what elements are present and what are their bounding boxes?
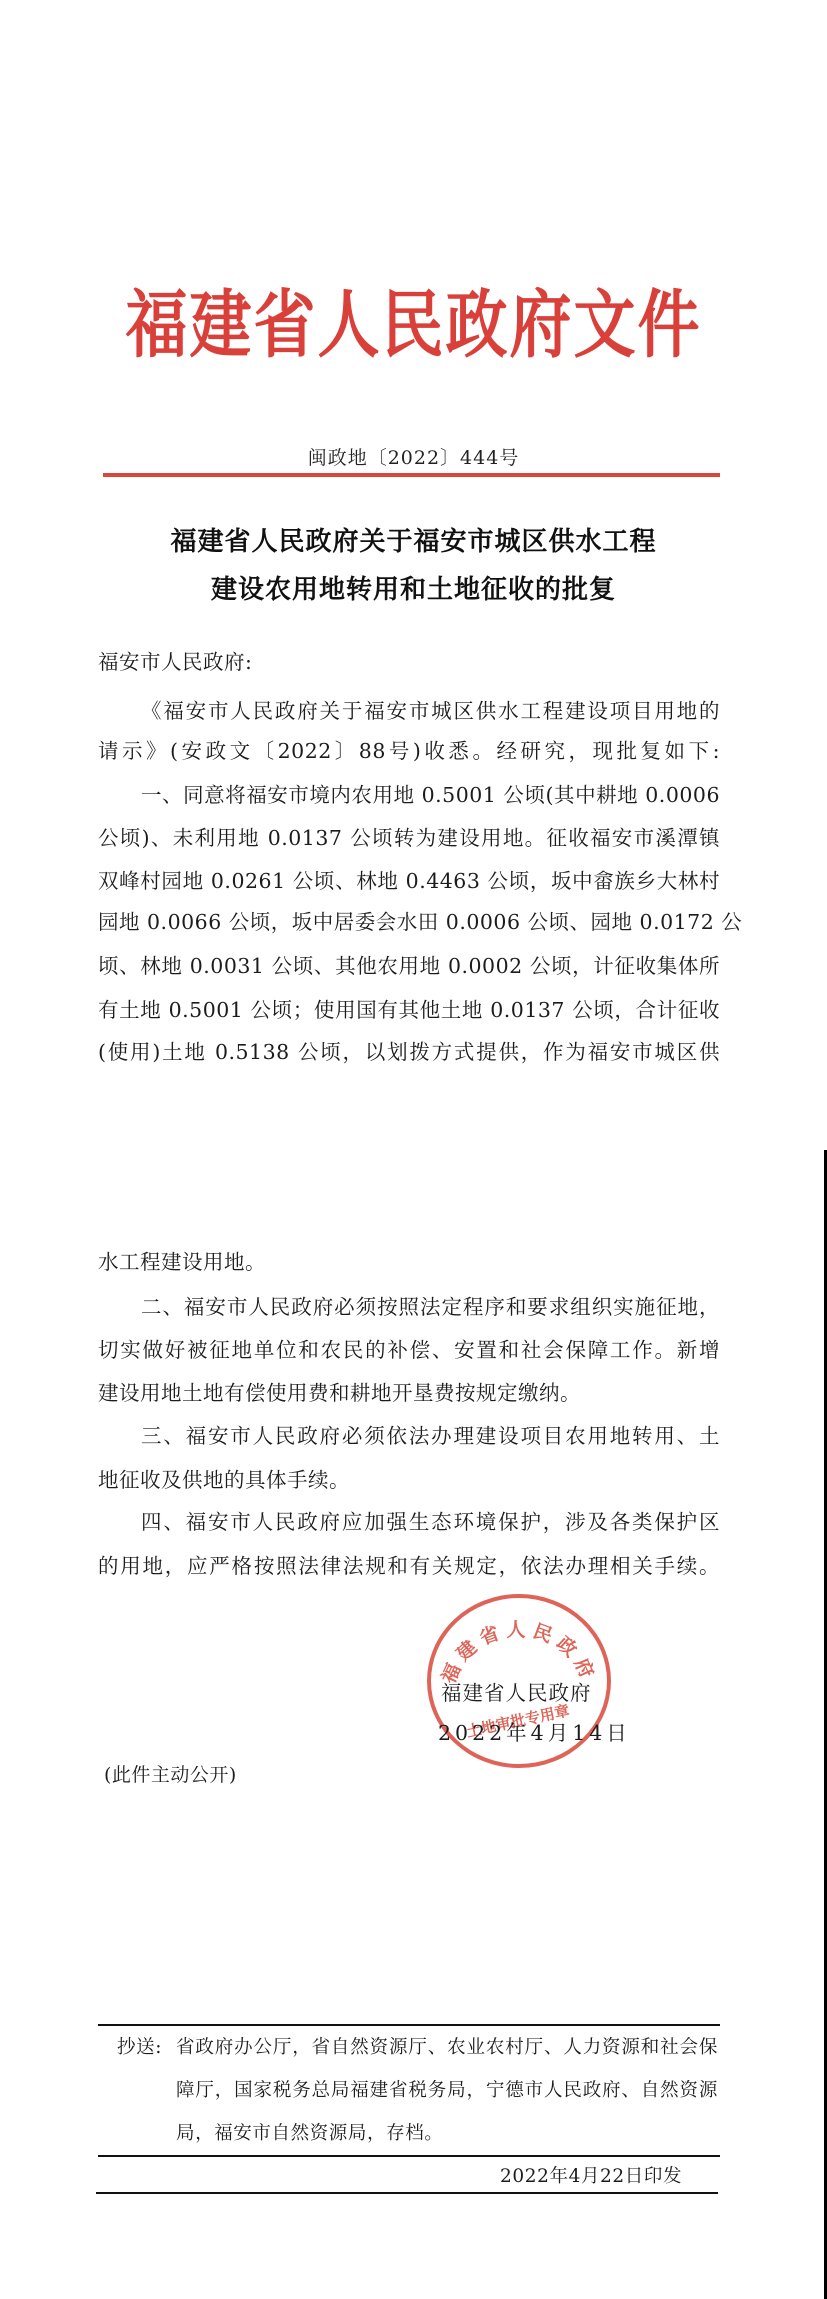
body-line: 切实做好被征地单位和农民的补偿、安置和社会保障工作。新增 [98, 1335, 720, 1365]
body-line: 水工程建设用地。 [98, 1247, 720, 1277]
body-line: 园地 0.0066 公顷，坂中居委会水田 0.0006 公顷、园地 0.0172… [98, 907, 720, 937]
body-line: 地征收及供地的具体手续。 [98, 1465, 720, 1495]
footer-middle-rule [98, 2155, 720, 2157]
body-line: 建设用地土地有偿使用费和耕地开垦费按规定缴纳。 [98, 1378, 720, 1408]
document-number: 闽政地〔2022〕444号 [0, 445, 827, 471]
body-line: 双峰村园地 0.0261 公顷、林地 0.4463 公顷，坂中畲族乡大林村 [98, 866, 720, 896]
cc-label: 抄送: [117, 2034, 162, 2062]
signing-authority: 福建省人民政府 [441, 1678, 592, 1708]
svg-text:福建省人民政府: 福建省人民政府 [438, 1619, 601, 1687]
signing-date: 2022年4月14日 [438, 1718, 631, 1748]
body-line: 《福安市人民政府关于福安市城区供水工程建设项目用地的 [141, 696, 720, 726]
cc-recipients-line: 省政府办公厅，省自然资源厅、农业农村厅、人力资源和社会保 [176, 2034, 718, 2062]
print-date: 2022年4月22日印发 [500, 2163, 682, 2191]
body-line: 一、同意将福安市境内农用地 0.5001 公顷(其中耕地 0.0006 [141, 780, 720, 810]
body-line: 顷、林地 0.0031 公顷、其他农用地 0.0002 公顷，计征收集体所 [98, 951, 720, 981]
seal-outer-text: 福建省人民政府 [438, 1619, 601, 1687]
disclosure-note: (此件主动公开) [104, 1760, 726, 1790]
cc-recipients-line: 局，福安市自然资源局，存档。 [176, 2120, 443, 2148]
body-line: 请示》(安政文〔2022〕88号)收悉。经研究，现批复如下: [98, 736, 720, 766]
body-line: 公顷)、未利用地 0.0137 公顷转为建设用地。征收福安市溪潭镇 [98, 823, 720, 853]
body-line: 四、福安市人民政府应加强生态环境保护，涉及各类保护区 [141, 1507, 720, 1537]
document-title-line-2: 建设农用地转用和土地征收的批复 [0, 573, 827, 607]
red-divider [103, 473, 720, 477]
body-line: 二、福安市人民政府必须按照法定程序和要求组织实施征地， [141, 1292, 720, 1322]
issuer-masthead: 福建省人民政府文件 [0, 272, 827, 378]
document-title-line-1: 福建省人民政府关于福安市城区供水工程 [0, 525, 827, 559]
body-line: 有土地 0.5001 公顷；使用国有其他土地 0.0137 公顷，合计征收 [98, 995, 720, 1025]
salutation: 福安市人民政府: [98, 647, 720, 677]
body-line: (使用)土地 0.5138 公顷，以划拨方式提供，作为福安市城区供 [98, 1037, 720, 1067]
body-line: 三、福安市人民政府必须依法办理建设项目农用地转用、土 [141, 1421, 720, 1451]
footer-top-rule [98, 2024, 720, 2026]
cc-recipients-line: 障厅，国家税务总局福建省税务局，宁德市人民政府、自然资源 [176, 2077, 718, 2105]
body-line: 的用地，应严格按照法律法规和有关规定，依法办理相关手续。 [98, 1551, 720, 1581]
footer-bottom-rule [96, 2192, 718, 2194]
